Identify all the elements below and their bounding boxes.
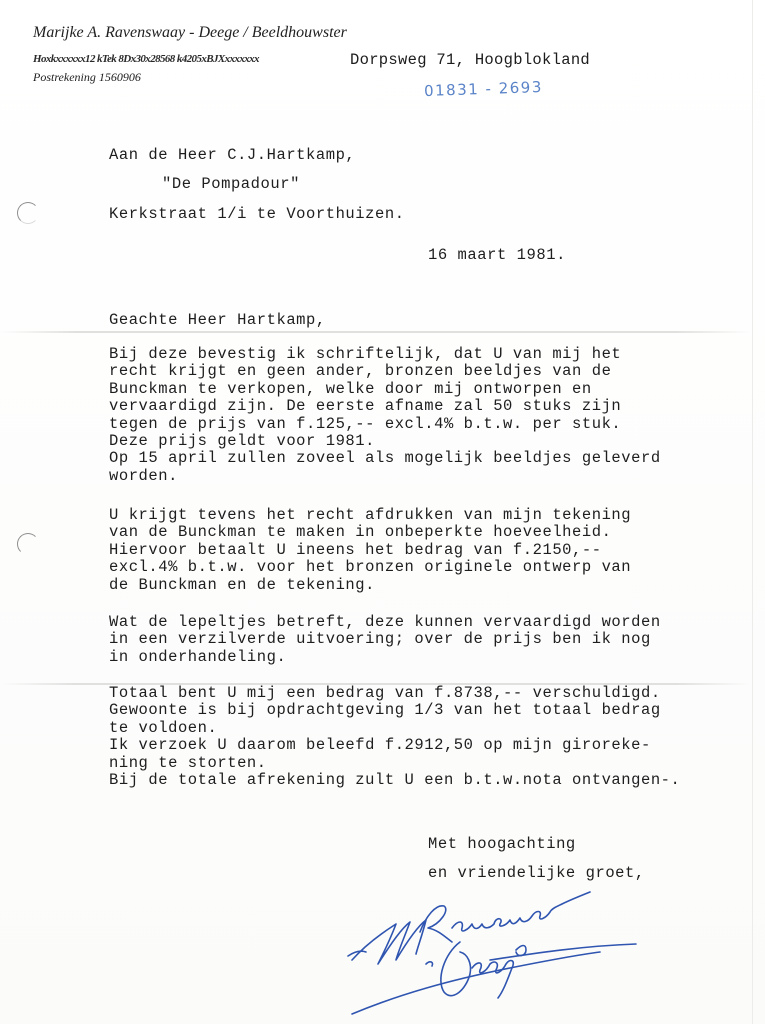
body-paragraph: U krijgt tevens het recht afdrukken van … [109, 507, 631, 594]
sender-address: Dorpsweg 71, Hoogblokland [350, 51, 590, 69]
page-edge [752, 0, 753, 1024]
letterhead-struck-line: Hoxkxxxxxx12 kTek 8Dx30x28568 k4205xBJXx… [33, 53, 259, 65]
signature-icon [340, 880, 640, 1020]
salutation: Geachte Heer Hartkamp, [109, 312, 326, 329]
body-paragraph: Bij deze bevestig ik schriftelijk, dat U… [109, 346, 661, 485]
body-paragraph: Wat de lepeltjes betreft, deze kunnen ve… [109, 614, 661, 666]
letterhead-postrekening: Postrekening 1560906 [33, 70, 141, 85]
letterhead-name: Marijke A. Ravenswaay - Deege / Beeldhou… [33, 24, 347, 42]
fold-line [0, 331, 751, 333]
recipient-line-2: "De Pompadour" [162, 176, 300, 193]
recipient-line-3: Kerkstraat 1/i te Voorthuizen. [109, 206, 405, 223]
punch-hole-icon [17, 202, 39, 224]
closing-line-1: Met hoogachting [428, 836, 576, 853]
letter-date: 16 maart 1981. [428, 247, 566, 264]
recipient-line-1: Aan de Heer C.J.Hartkamp, [109, 147, 355, 164]
handwritten-reference: 01831 - 2693 [424, 78, 543, 100]
punch-hole-icon [17, 533, 39, 555]
letter-page: Marijke A. Ravenswaay - Deege / Beeldhou… [0, 0, 765, 1024]
body-paragraph: Totaal bent U mij een bedrag van f.8738,… [109, 685, 680, 789]
